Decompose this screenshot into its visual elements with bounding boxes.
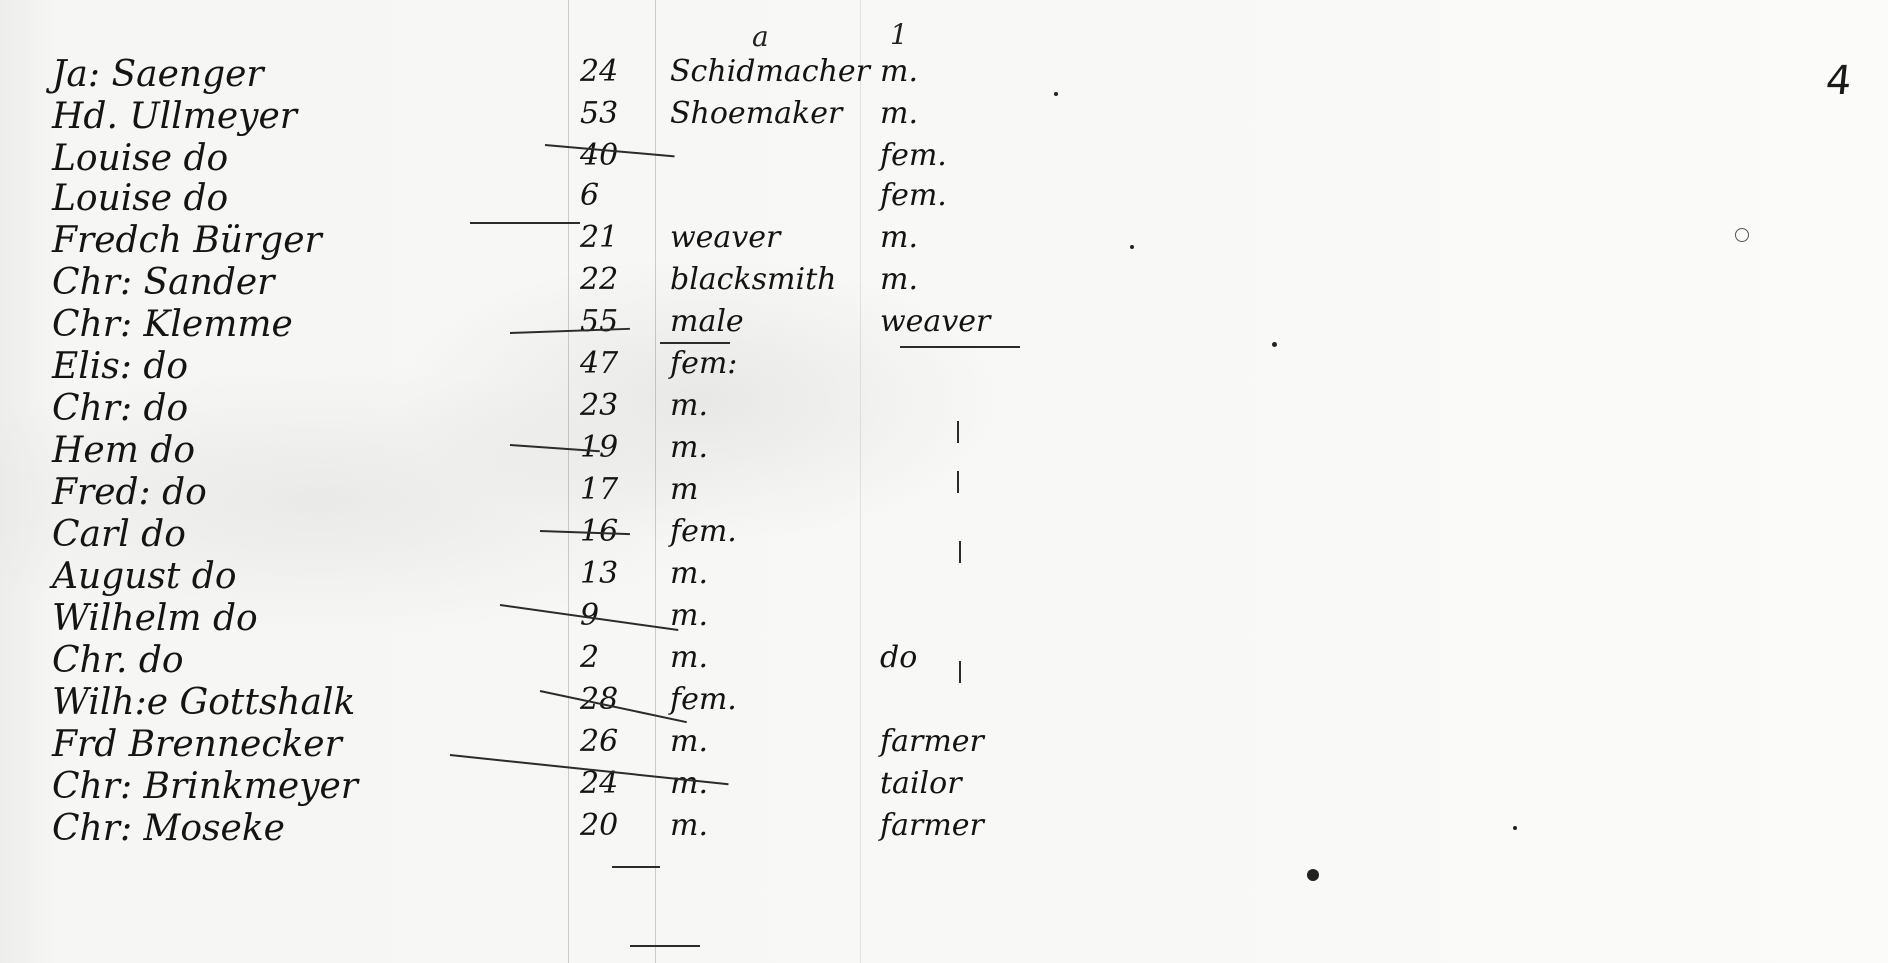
entry-name: Hem do bbox=[52, 430, 195, 471]
entry-age: 9 bbox=[580, 598, 650, 633]
entry-name: Chr: Sander bbox=[52, 262, 274, 303]
list-entry: Chr: Brinkmeyer 24 m. tailor bbox=[0, 766, 1100, 810]
underline-stroke bbox=[660, 342, 730, 344]
entry-age: 22 bbox=[580, 262, 650, 297]
entry-sex: fem. bbox=[880, 138, 947, 173]
ditto-mark bbox=[957, 471, 959, 493]
entry-occupation: Schidmacher bbox=[670, 54, 870, 89]
entry-name: Chr. do bbox=[52, 640, 184, 681]
entry-occupation: do bbox=[880, 640, 917, 675]
list-entry: Ja: Saenger 24 Schidmacher m. bbox=[0, 54, 1100, 98]
scan-speck bbox=[1054, 92, 1058, 96]
entry-name: Chr: Klemme bbox=[52, 304, 293, 345]
list-entry: Fred: do 17 m bbox=[0, 472, 1100, 516]
entry-age: 13 bbox=[580, 556, 650, 591]
scan-artifact-ring bbox=[1735, 228, 1749, 242]
entry-sex: fem. bbox=[670, 514, 737, 549]
entry-age: 6 bbox=[580, 178, 650, 213]
list-entry: Hem do 19 m. bbox=[0, 430, 1100, 474]
entry-age: 40 bbox=[580, 138, 650, 173]
entry-sex: m. bbox=[670, 808, 708, 843]
entry-name: Chr: do bbox=[52, 388, 188, 429]
entry-name: Chr: Brinkmeyer bbox=[52, 766, 358, 807]
entry-age: 55 bbox=[580, 304, 650, 339]
entry-name: Wilhelm do bbox=[52, 598, 258, 639]
entry-sex: fem. bbox=[670, 682, 737, 717]
list-entry: Wilh:e Gottshalk 28 fem. bbox=[0, 682, 1100, 726]
scanned-page: a 1 Ja: Saenger 24 Schidmacher m. Hd. Ul… bbox=[0, 0, 1888, 963]
entry-age: 24 bbox=[580, 54, 650, 89]
entry-name: Fred: do bbox=[52, 472, 207, 513]
entry-name: Carl do bbox=[52, 514, 186, 555]
entry-sex: m. bbox=[670, 430, 708, 465]
list-entry: Elis: do 47 fem: bbox=[0, 346, 1100, 390]
underline-stroke bbox=[630, 945, 700, 947]
ditto-mark bbox=[957, 421, 959, 443]
ditto-mark bbox=[959, 661, 961, 683]
bracket-stroke bbox=[470, 222, 580, 224]
entry-name: Wilh:e Gottshalk bbox=[52, 682, 355, 723]
entry-occupation: farmer bbox=[880, 808, 984, 843]
entry-age: 19 bbox=[580, 430, 650, 465]
entry-occupation: weaver bbox=[670, 220, 780, 255]
underline-stroke bbox=[900, 346, 1020, 348]
entry-name: Elis: do bbox=[52, 346, 188, 387]
entry-sex: m bbox=[670, 472, 698, 507]
list-entry: Chr: do 23 m. bbox=[0, 388, 1100, 432]
entry-occupation: Shoemaker bbox=[670, 96, 842, 131]
list-entry: Louise do 6 fem. bbox=[0, 178, 1100, 222]
entry-age: 26 bbox=[580, 724, 650, 759]
entry-sex: m. bbox=[880, 262, 918, 297]
entry-name: August do bbox=[52, 556, 237, 597]
entry-name: Ja: Saenger bbox=[52, 54, 264, 95]
entry-sex: m. bbox=[670, 724, 708, 759]
entry-age: 47 bbox=[580, 346, 650, 381]
scan-speck bbox=[1513, 826, 1517, 830]
list-entry: Hd. Ullmeyer 53 Shoemaker m. bbox=[0, 96, 1100, 140]
list-entry: Wilhelm do 9 m. bbox=[0, 598, 1100, 642]
list-entry: Chr: Klemme 55 male weaver bbox=[0, 304, 1100, 348]
entry-occupation: weaver bbox=[880, 304, 990, 339]
entry-sex: m. bbox=[670, 640, 708, 675]
entry-occupation: blacksmith bbox=[670, 262, 836, 297]
entry-occupation: farmer bbox=[880, 724, 984, 759]
underline-stroke bbox=[612, 866, 660, 868]
entry-sex: m. bbox=[670, 766, 708, 801]
list-entry: August do 13 m. bbox=[0, 556, 1100, 600]
entry-sex: m. bbox=[880, 54, 918, 89]
entry-name: Fredch Bürger bbox=[52, 220, 322, 261]
entry-sex: m. bbox=[880, 96, 918, 131]
entry-sex: m. bbox=[670, 556, 708, 591]
entry-sex: fem: bbox=[670, 346, 737, 381]
scan-speck bbox=[1130, 245, 1134, 249]
entry-name: Hd. Ullmeyer bbox=[52, 96, 297, 137]
entry-occupation: tailor bbox=[880, 766, 962, 801]
entry-age: 23 bbox=[580, 388, 650, 423]
list-entry: Chr: Sander 22 blacksmith m. bbox=[0, 262, 1100, 306]
entry-sex: male bbox=[670, 304, 744, 339]
page-number: 4 bbox=[1824, 58, 1854, 104]
entry-name: Chr: Moseke bbox=[52, 808, 285, 849]
entry-age: 2 bbox=[580, 640, 650, 675]
entry-name: Frd Brennecker bbox=[52, 724, 342, 765]
entry-sex: fem. bbox=[880, 178, 947, 213]
list-entry: Chr: Moseke 20 m. farmer bbox=[0, 808, 1100, 852]
entry-sex: m. bbox=[670, 388, 708, 423]
entry-age: 20 bbox=[580, 808, 650, 843]
scan-speck bbox=[1307, 869, 1319, 881]
scan-speck bbox=[1272, 342, 1277, 347]
entry-name: Louise do bbox=[52, 138, 228, 179]
list-entry: Frd Brennecker 26 m. farmer bbox=[0, 724, 1100, 768]
entry-age: 21 bbox=[580, 220, 650, 255]
entry-name: Louise do bbox=[52, 178, 228, 219]
entry-age: 53 bbox=[580, 96, 650, 131]
list-entry: Carl do 16 fem. bbox=[0, 514, 1100, 558]
entry-sex: m. bbox=[880, 220, 918, 255]
list-entry: Fredch Bürger 21 weaver m. bbox=[0, 220, 1100, 264]
ditto-mark bbox=[959, 541, 961, 563]
list-entry: Chr. do 2 m. do bbox=[0, 640, 1100, 684]
entry-age: 17 bbox=[580, 472, 650, 507]
